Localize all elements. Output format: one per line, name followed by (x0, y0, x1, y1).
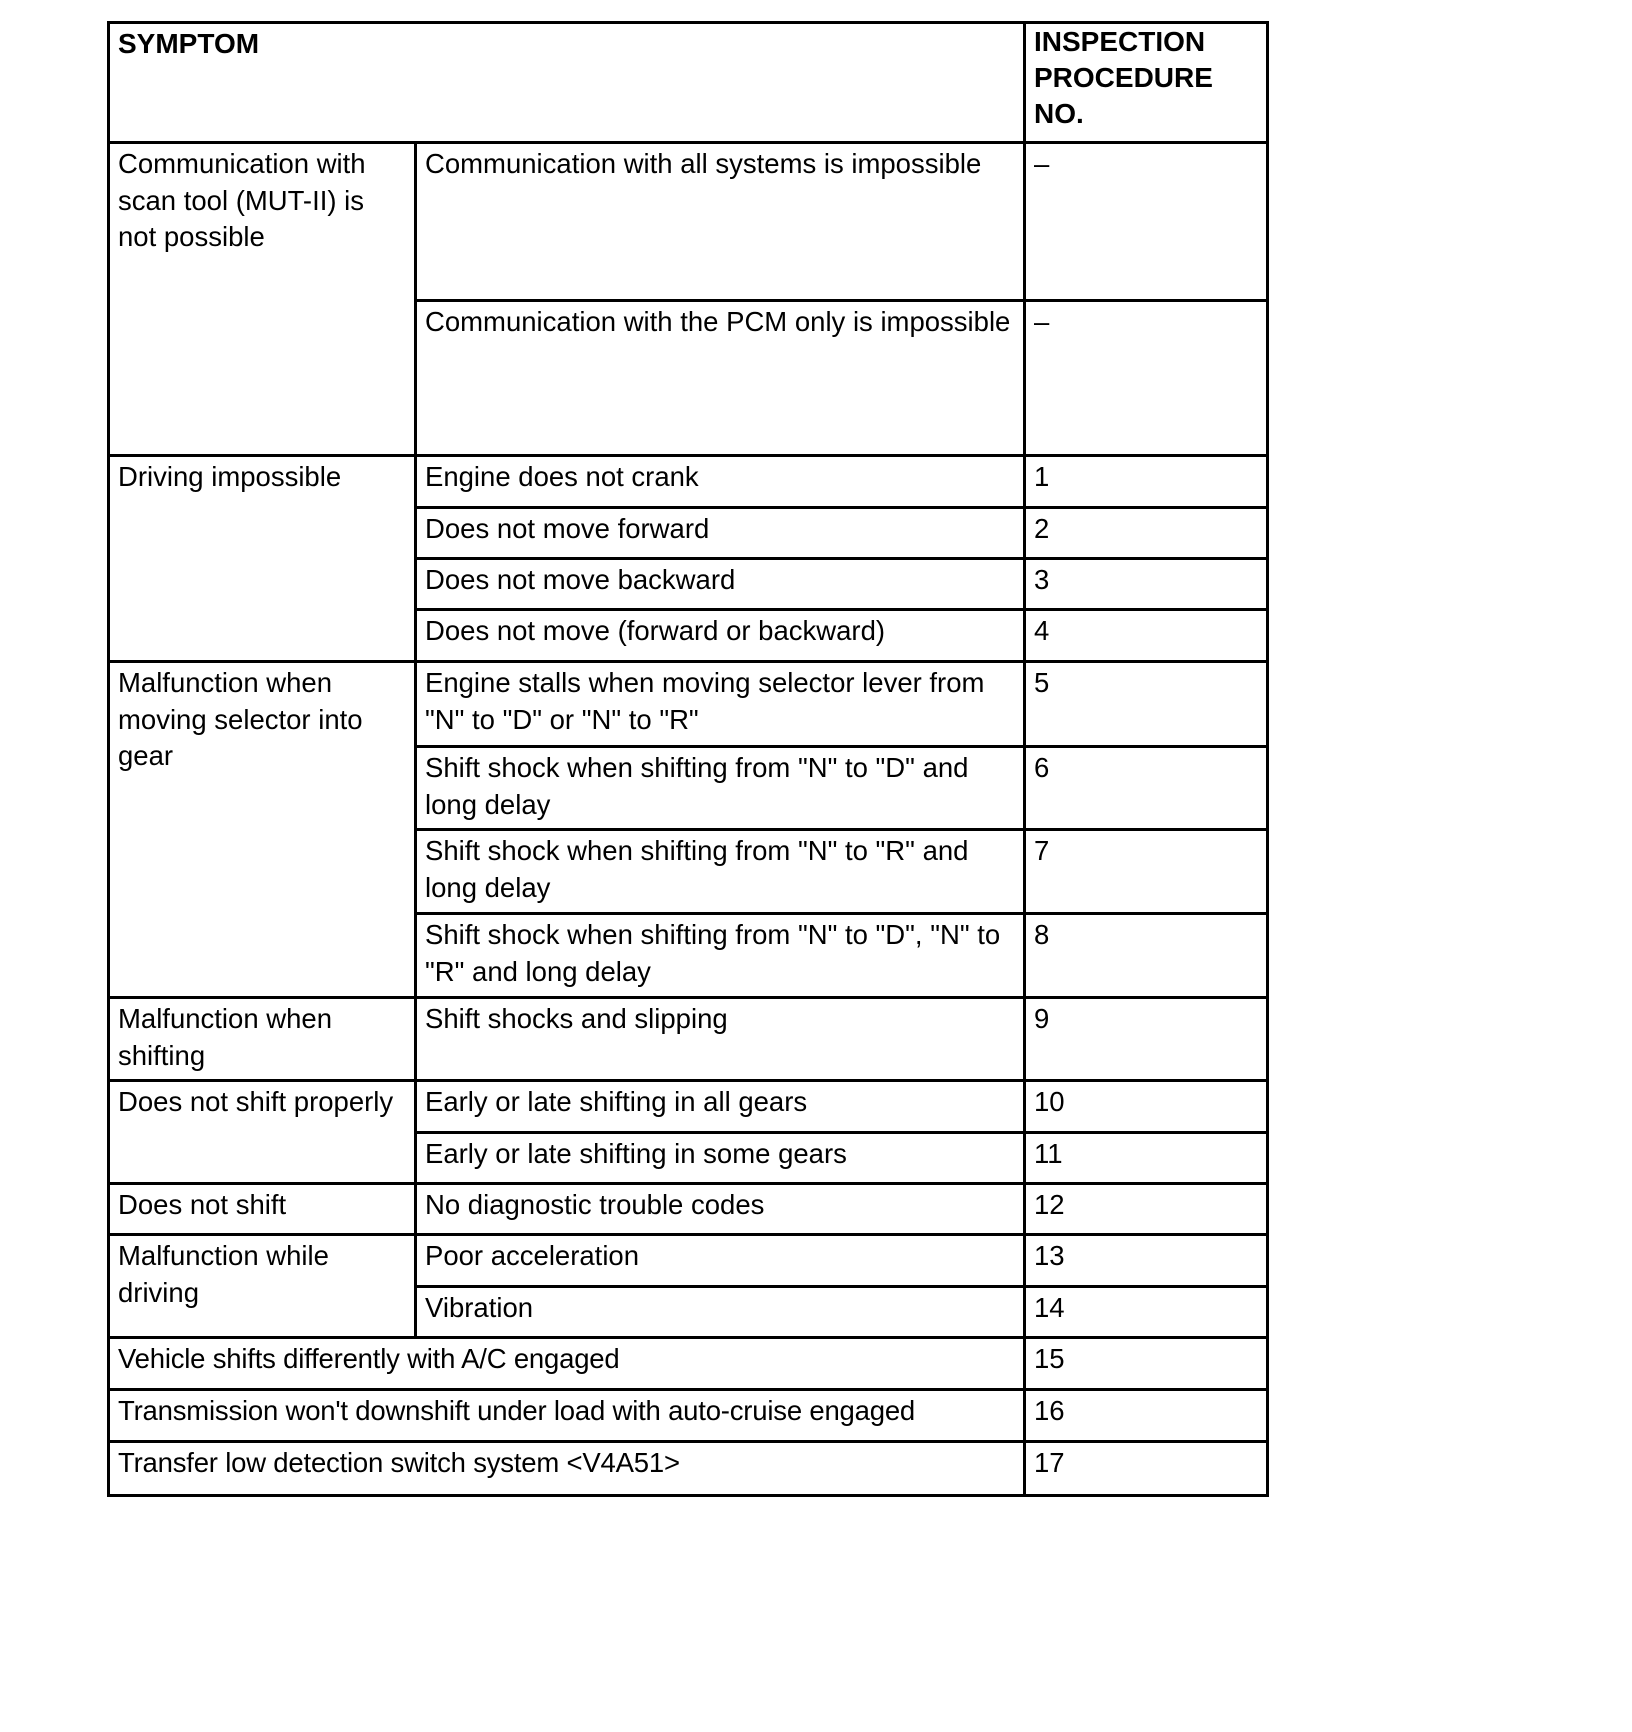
procedure-cell: 4 (1025, 610, 1268, 662)
detail-cell: Shift shocks and slipping (416, 998, 1025, 1081)
procedure-cell: 10 (1025, 1081, 1268, 1133)
symptom-cell: Communication with scan tool (MUT-II) is… (109, 143, 416, 456)
detail-cell: Does not move forward (416, 508, 1025, 559)
procedure-cell: – (1025, 301, 1268, 456)
symptom-cell: Malfunction when shifting (109, 998, 416, 1081)
symptom-cell: Does not shift properly (109, 1081, 416, 1184)
table-row: Transfer low detection switch system <V4… (109, 1442, 1268, 1496)
procedure-cell: 16 (1025, 1390, 1268, 1442)
procedure-cell: 12 (1025, 1184, 1268, 1235)
procedure-cell: 1 (1025, 456, 1268, 508)
table-row: Vehicle shifts differently with A/C enga… (109, 1338, 1268, 1390)
table-row: Communication with scan tool (MUT-II) is… (109, 143, 1268, 301)
procedure-cell: 5 (1025, 662, 1268, 747)
detail-cell: Poor acceleration (416, 1235, 1025, 1287)
detail-cell: Does not move backward (416, 559, 1025, 610)
table-row: Malfunction when shifting Shift shocks a… (109, 998, 1268, 1081)
detail-cell: Engine does not crank (416, 456, 1025, 508)
procedure-cell: – (1025, 143, 1268, 301)
detail-cell: Vibration (416, 1287, 1025, 1338)
procedure-cell: 15 (1025, 1338, 1268, 1390)
detail-cell: Early or late shifting in all gears (416, 1081, 1025, 1133)
detail-cell: No diagnostic trouble codes (416, 1184, 1025, 1235)
procedure-cell: 8 (1025, 914, 1268, 998)
symptom-cell: Vehicle shifts differently with A/C enga… (109, 1338, 1025, 1390)
symptom-cell: Driving impossible (109, 456, 416, 662)
procedure-cell: 13 (1025, 1235, 1268, 1287)
detail-cell: Engine stalls when moving selector lever… (416, 662, 1025, 747)
symptom-cell: Transmission won't downshift under load … (109, 1390, 1025, 1442)
symptom-header: SYMPTOM (109, 23, 1025, 143)
detail-cell: Communication with the PCM only is impos… (416, 301, 1025, 456)
header-row: SYMPTOM INSPECTION PROCEDURE NO. (109, 23, 1268, 143)
table-row: Transmission won't downshift under load … (109, 1390, 1268, 1442)
symptom-procedure-table: SYMPTOM INSPECTION PROCEDURE NO. Communi… (107, 21, 1269, 1497)
procedure-cell: 2 (1025, 508, 1268, 559)
symptom-cell: Malfunction when moving selector into ge… (109, 662, 416, 998)
procedure-cell: 14 (1025, 1287, 1268, 1338)
procedure-cell: 17 (1025, 1442, 1268, 1496)
procedure-cell: 9 (1025, 998, 1268, 1081)
table-row: Malfunction while driving Poor accelerat… (109, 1235, 1268, 1287)
procedure-cell: 7 (1025, 830, 1268, 914)
procedure-header: INSPECTION PROCEDURE NO. (1025, 23, 1268, 143)
table-row: Malfunction when moving selector into ge… (109, 662, 1268, 747)
table-row: Driving impossible Engine does not crank… (109, 456, 1268, 508)
detail-cell: Early or late shifting in some gears (416, 1133, 1025, 1184)
detail-cell: Shift shock when shifting from "N" to "D… (416, 747, 1025, 830)
detail-cell: Communication with all systems is imposs… (416, 143, 1025, 301)
detail-cell: Does not move (forward or backward) (416, 610, 1025, 662)
procedure-cell: 3 (1025, 559, 1268, 610)
symptom-cell: Transfer low detection switch system <V4… (109, 1442, 1025, 1496)
detail-cell: Shift shock when shifting from "N" to "D… (416, 914, 1025, 998)
procedure-cell: 6 (1025, 747, 1268, 830)
symptom-cell: Does not shift (109, 1184, 416, 1235)
procedure-cell: 11 (1025, 1133, 1268, 1184)
table-row: Does not shift properly Early or late sh… (109, 1081, 1268, 1133)
symptom-cell: Malfunction while driving (109, 1235, 416, 1338)
detail-cell: Shift shock when shifting from "N" to "R… (416, 830, 1025, 914)
table-row: Does not shift No diagnostic trouble cod… (109, 1184, 1268, 1235)
